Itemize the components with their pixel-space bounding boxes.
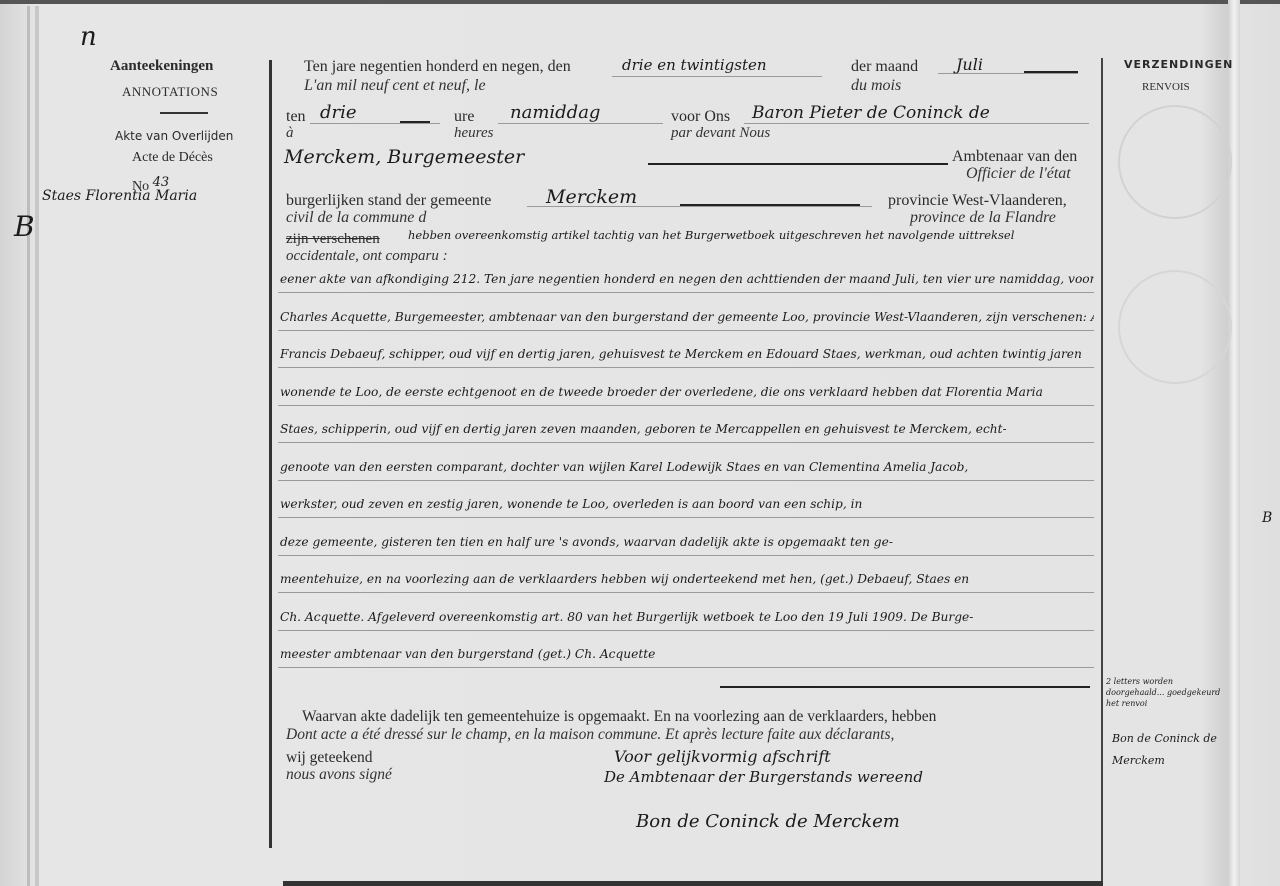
- body-line: werkster, oud zeven en zestig jaren, won…: [280, 497, 1094, 511]
- signed-fr: nous avons signé: [286, 766, 392, 784]
- body-line: Ch. Acquette. Afgeleverd overeenkomstig …: [280, 610, 1094, 624]
- deceased-name-margin: Staes Florentia Maria: [42, 188, 197, 204]
- body-line: wonende te Loo, de eerste echtgenoot en …: [280, 385, 1094, 399]
- closing-fr: Dont acte a été dressé sur le champ, en …: [286, 726, 894, 744]
- period-value: namiddag: [510, 102, 600, 123]
- top-scribble: n: [80, 22, 97, 52]
- faded-stamp: [1118, 105, 1232, 219]
- binding-line: [27, 6, 30, 886]
- body-line: Staes, schipperin, oud vijf en dertig ja…: [280, 422, 1094, 436]
- body-line: deze gemeente, gisteren ten tien en half…: [280, 535, 1094, 549]
- edge-mark: B: [1262, 510, 1272, 526]
- register-page: n Aanteekeningen ANNOTATIONS Akte van Ov…: [0, 0, 1280, 886]
- civil-label-nl: burgerlijken stand der gemeente: [286, 192, 491, 210]
- official-name: Baron Pieter de Coninck de: [752, 103, 990, 123]
- renvois-title-nl: VERZENDINGEN: [1124, 58, 1233, 71]
- month-label-fr: du mois: [851, 77, 901, 95]
- month-value: Juli: [956, 55, 983, 74]
- body-line: meester ambtenaar van den burgerstand (g…: [280, 647, 1094, 661]
- date-line-fr: L'an mil neuf cent et neuf, le: [304, 77, 486, 95]
- margin-mark: B: [14, 210, 35, 243]
- bottom-rule: [283, 881, 1103, 886]
- municipality-value: Merckem: [546, 186, 637, 208]
- faded-stamp: [1118, 270, 1232, 384]
- ruled-line: [278, 405, 1094, 406]
- hour-unit-nl: ure: [454, 108, 474, 126]
- closing-nl: Waarvan akte dadelijk ten gemeentehuize …: [302, 708, 936, 726]
- date-line-nl: Ten jare negentien honderd en negen, den: [304, 58, 571, 76]
- province-nl: provincie West-Vlaanderen,: [888, 192, 1067, 210]
- official-label-nl: Ambtenaar van den: [952, 148, 1077, 166]
- ruled-line: [278, 367, 1094, 368]
- renvois-title-fr: RENVOIS: [1142, 81, 1190, 93]
- before-label-fr: par devant Nous: [671, 125, 770, 142]
- appeared-fr: occidentale, ont comparu :: [286, 248, 448, 265]
- hour-label-fr: à: [286, 125, 294, 142]
- binding-line: [35, 6, 39, 886]
- hour-unit-fr: heures: [454, 125, 493, 142]
- ruled-line: [278, 555, 1094, 556]
- ruled-line: [278, 630, 1094, 631]
- signed-nl: wij geteekend: [286, 749, 373, 767]
- body-line: eener akte van afkondiging 212. Ten jare…: [280, 272, 1094, 286]
- record-type-fr: Acte de Décès: [132, 150, 213, 166]
- body-line: meentehuize, en na voorlezing aan de ver…: [280, 572, 1094, 586]
- renvoi-note: 2 letters worden doorgehaald... goedgeke…: [1106, 676, 1226, 709]
- ruled-line: [278, 330, 1094, 331]
- day-value: drie en twintigsten: [622, 56, 767, 74]
- ruled-line: [278, 480, 1094, 481]
- body-line: Charles Acquette, Burgemeester, ambtenaa…: [280, 310, 1094, 324]
- record-type-nl: Akte van Overlijden: [115, 129, 233, 143]
- civil-label-fr: civil de la commune d: [286, 209, 426, 227]
- month-label-nl: der maand: [851, 58, 918, 76]
- annotations-divider: [160, 112, 208, 114]
- ruled-line: [278, 517, 1094, 518]
- body-line: Francis Debaeuf, schipper, oud vijf en d…: [280, 347, 1094, 361]
- column-divider-left: [269, 60, 272, 848]
- renvoi-signature: Bon de Coninck de Merckem: [1112, 728, 1232, 772]
- page-top-edge: [0, 0, 1280, 4]
- official-label-fr: Officier de l'état: [966, 165, 1071, 183]
- official-title: Merckem, Burgemeester: [284, 146, 524, 168]
- certification-line-1: Voor gelijkvormig afschrift: [614, 747, 831, 766]
- appeared-handwritten: hebben overeenkomstig artikel tachtig va…: [408, 228, 1096, 242]
- annotations-title-nl: Aanteekeningen: [110, 58, 213, 75]
- certification-line-2: De Ambtenaar der Burgerstands wereend: [604, 768, 923, 786]
- appeared-nl-struck: zijn verschenen: [286, 231, 380, 248]
- body-line: genoote van den eersten comparant, docht…: [280, 460, 1094, 474]
- ruled-line: [278, 592, 1094, 593]
- hour-label-nl: ten: [286, 108, 306, 126]
- ruled-line: [278, 442, 1094, 443]
- annotations-title-fr: ANNOTATIONS: [122, 84, 218, 100]
- province-fr: province de la Flandre: [910, 209, 1056, 227]
- mayor-signature: Bon de Coninck de Merckem: [636, 811, 900, 832]
- hour-value: drie: [320, 102, 357, 123]
- ruled-line: [278, 292, 1094, 293]
- before-label-nl: voor Ons: [671, 108, 730, 126]
- column-divider-right: [1101, 58, 1103, 886]
- ruled-line: [278, 667, 1094, 668]
